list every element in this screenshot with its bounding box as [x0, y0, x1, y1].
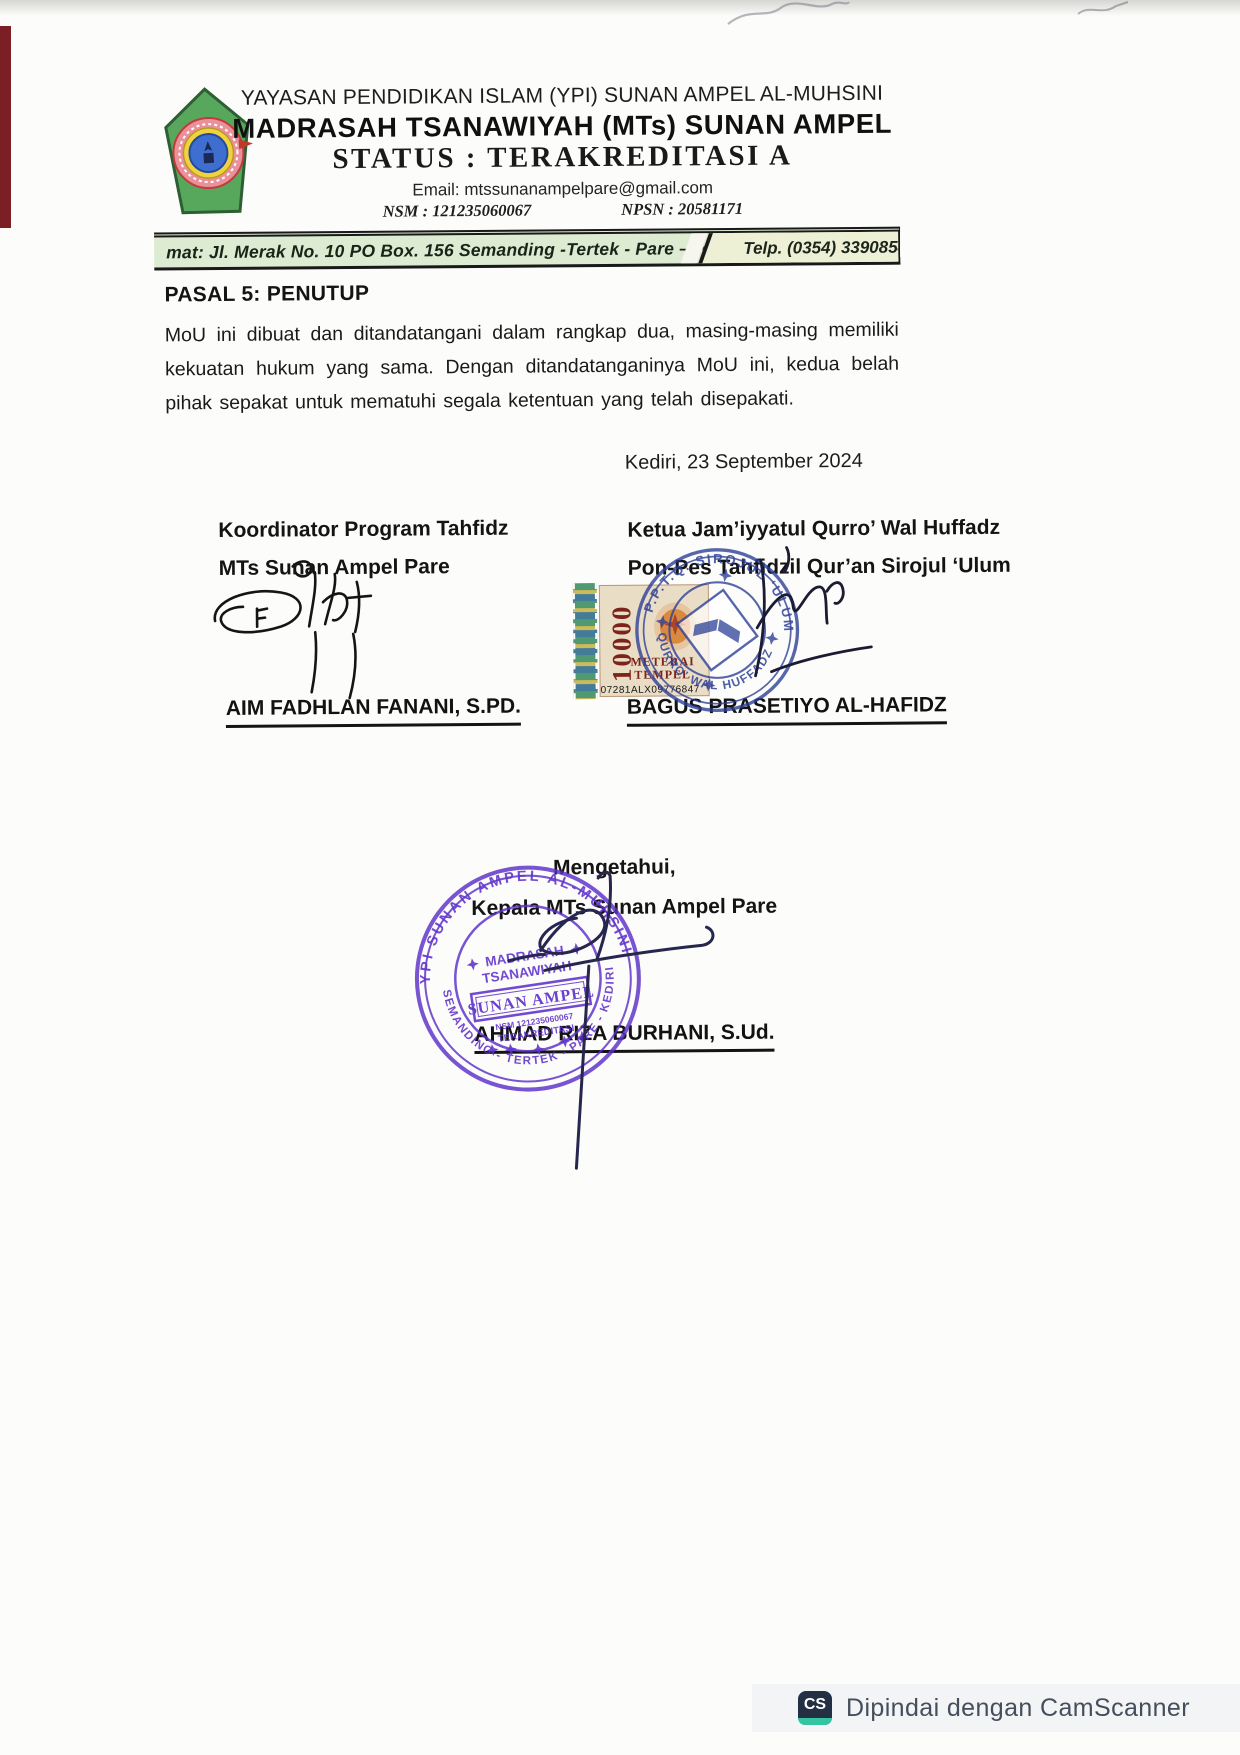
signature-center — [448, 837, 781, 1190]
scan-artifact-red-strip — [0, 26, 11, 228]
letterhead-address-bar: mat: Jl. Merak No. 10 PO Box. 156 Semand… — [154, 227, 900, 271]
letterhead-address: mat: Jl. Merak No. 10 PO Box. 156 Semand… — [166, 238, 740, 264]
scan-corner-mark — [1072, 0, 1132, 26]
signature-left — [196, 541, 437, 708]
camscanner-footer: CS Dipindai dengan CamScanner — [752, 1684, 1240, 1732]
camscanner-caption: Dipindai dengan CamScanner — [846, 1694, 1190, 1723]
scanned-mou-page: YAYASAN PENDIDIKAN ISLAM (YPI) SUNAN AMP… — [0, 0, 1240, 1755]
camscanner-icon: CS — [798, 1691, 832, 1725]
dateline: Kediri, 23 September 2024 — [625, 450, 863, 475]
letterhead-nsm: NSM : 121235060067 — [383, 201, 532, 222]
letterhead-status: STATUS : TERAKREDITASI A — [172, 138, 952, 177]
section-title: PASAL 5: PENUTUP — [164, 282, 369, 308]
camscanner-icon-letters: CS — [804, 1696, 826, 1714]
letterhead-foundation: YAYASAN PENDIDIKAN ISLAM (YPI) SUNAN AMP… — [172, 81, 952, 111]
meterai-hologram-strip — [573, 583, 598, 699]
document-body: YAYASAN PENDIDIKAN ISLAM (YPI) SUNAN AMP… — [0, 0, 1240, 1755]
letterhead-phone: Telp. (0354) 3390854 — [740, 238, 900, 259]
left-signatory-role-line1: Koordinator Program Tahfidz — [218, 517, 508, 543]
closing-paragraph: MoU ini dibuat dan ditandatangani dalam … — [165, 313, 900, 421]
scan-edge-shadow — [0, 0, 1240, 16]
signature-right — [730, 531, 896, 707]
handwritten-scribble — [722, 0, 852, 32]
letterhead-npsn: NPSN : 20581171 — [621, 199, 743, 220]
